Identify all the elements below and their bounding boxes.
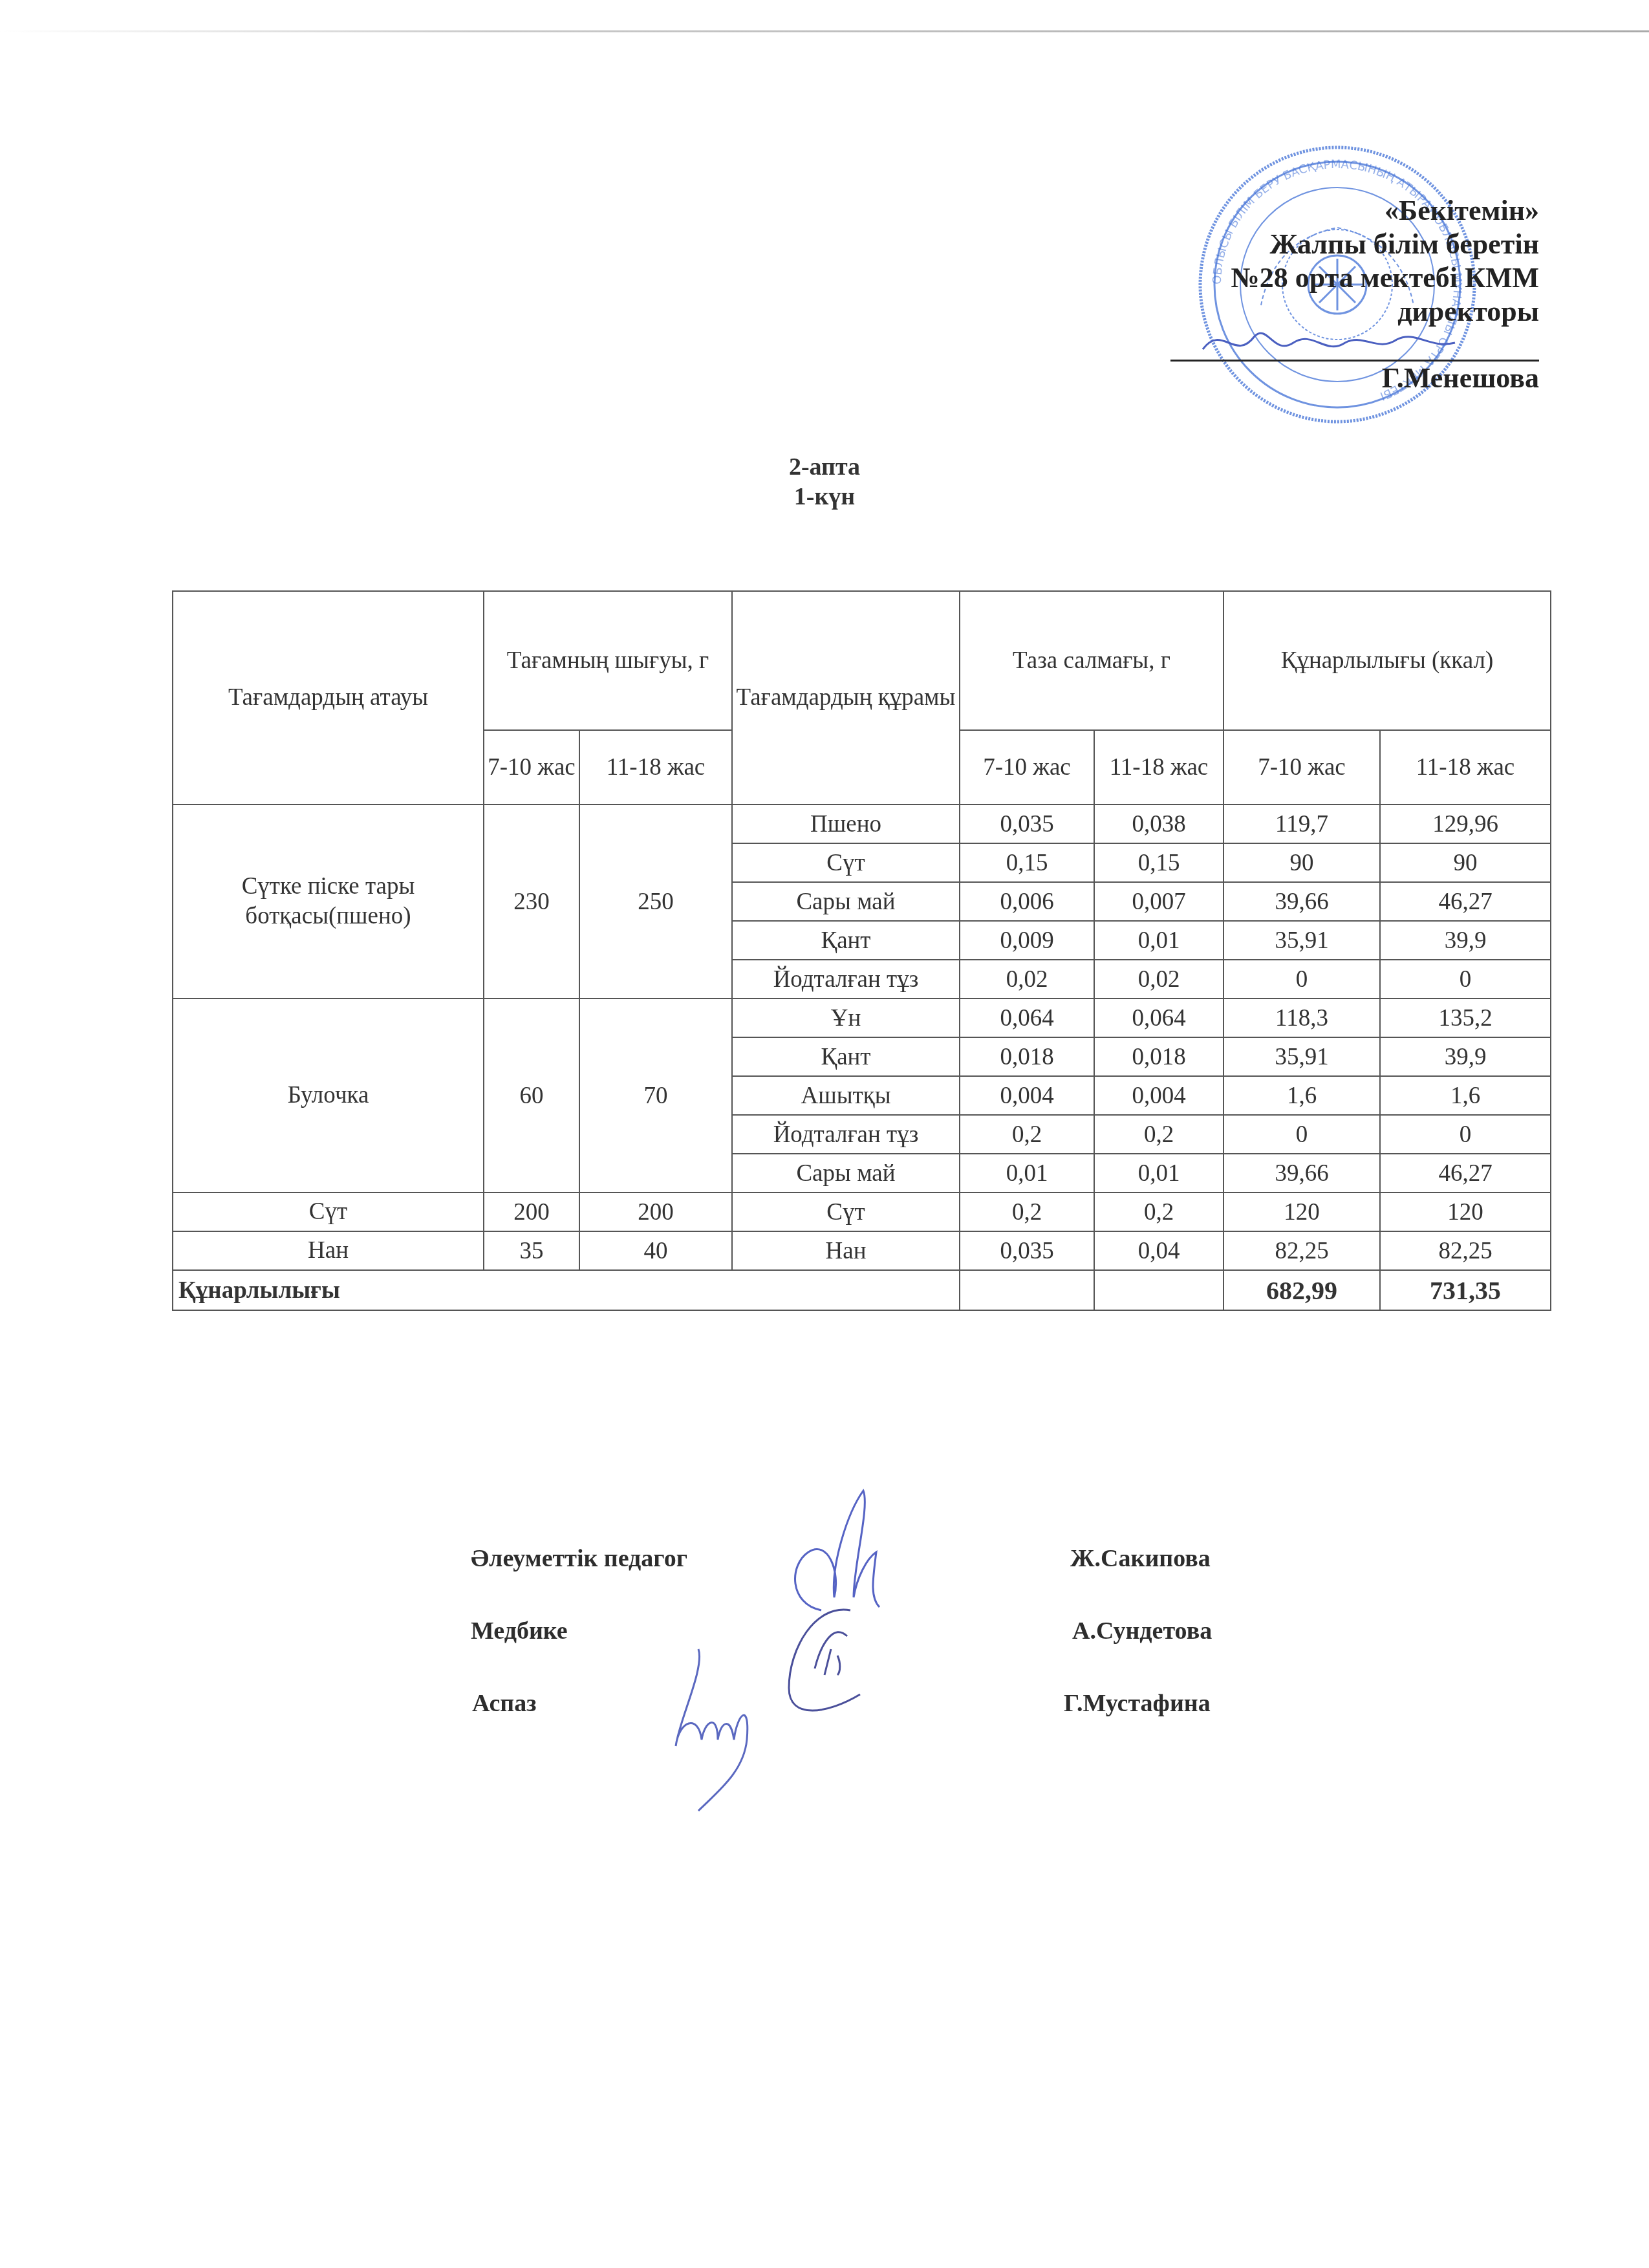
header-net-7-10: 7-10 жас	[960, 730, 1094, 805]
day-heading: 1-күн	[0, 482, 1649, 511]
total-kcal-11-18: 731,35	[1380, 1270, 1551, 1310]
director-signature-line	[1170, 329, 1539, 362]
header-kcal-7-10: 7-10 жас	[1223, 730, 1380, 805]
ingredient-name: Қант	[732, 921, 960, 960]
ingredient-kcal-11-18: 82,25	[1380, 1231, 1551, 1270]
header-net-weight: Таза салмағы, г	[960, 591, 1223, 730]
ingredient-net-7-10: 0,2	[960, 1193, 1094, 1231]
approval-org-line2: №28 орта мектебі КММ	[1170, 261, 1539, 295]
ingredient-kcal-7-10: 1,6	[1223, 1076, 1380, 1115]
ingredient-kcal-11-18: 1,6	[1380, 1076, 1551, 1115]
ingredient-name: Йодталған тұз	[732, 960, 960, 999]
dish-name: Нан	[173, 1231, 484, 1270]
dish-name: Сүтке піске тары ботқасы(пшено)	[173, 805, 484, 999]
ingredient-name: Ашытқы	[732, 1076, 960, 1115]
ingredient-net-11-18: 0,007	[1094, 882, 1223, 921]
ingredient-net-11-18: 0,018	[1094, 1037, 1223, 1076]
dish-yield-11-18: 250	[579, 805, 732, 999]
signature-name-cook: Г.Мустафина	[1064, 1689, 1211, 1718]
ingredient-name: Қант	[732, 1037, 960, 1076]
director-signature-icon	[1196, 323, 1481, 362]
ingredient-net-7-10: 0,02	[960, 960, 1094, 999]
header-net-11-18: 11-18 жас	[1094, 730, 1223, 805]
ingredient-net-7-10: 0,035	[960, 1231, 1094, 1270]
ingredient-net-7-10: 0,004	[960, 1076, 1094, 1115]
header-yield-11-18: 11-18 жас	[579, 730, 732, 805]
ingredient-net-11-18: 0,038	[1094, 805, 1223, 843]
ingredient-net-11-18: 0,004	[1094, 1076, 1223, 1115]
ingredient-kcal-11-18: 0	[1380, 1115, 1551, 1154]
signature-name-nurse: А.Сундетова	[1072, 1617, 1212, 1645]
ingredient-kcal-11-18: 90	[1380, 843, 1551, 882]
ingredient-net-11-18: 0,01	[1094, 1154, 1223, 1193]
total-kcal-7-10: 682,99	[1223, 1270, 1380, 1310]
ingredient-kcal-11-18: 46,27	[1380, 1154, 1551, 1193]
signature-scribble-cook-icon	[660, 1643, 763, 1817]
ingredient-kcal-7-10: 39,66	[1223, 1154, 1380, 1193]
ingredient-net-7-10: 0,035	[960, 805, 1094, 843]
ingredient-net-7-10: 0,2	[960, 1115, 1094, 1154]
ingredient-name: Йодталған тұз	[732, 1115, 960, 1154]
signature-role-nurse: Медбике	[471, 1617, 568, 1645]
ingredient-net-7-10: 0,006	[960, 882, 1094, 921]
director-name: Г.Менешова	[1170, 362, 1539, 395]
ingredient-kcal-11-18: 39,9	[1380, 921, 1551, 960]
ingredient-kcal-7-10: 39,66	[1223, 882, 1380, 921]
header-yield: Тағамның шығуы, г	[484, 591, 732, 730]
ingredient-net-11-18: 0,15	[1094, 843, 1223, 882]
scan-edge-line	[0, 30, 1649, 32]
ingredient-kcal-7-10: 0	[1223, 960, 1380, 999]
signature-role-cook: Аспаз	[472, 1689, 537, 1718]
dish-yield-7-10: 35	[484, 1231, 579, 1270]
total-row: Құнарлылығы682,99731,35	[173, 1270, 1551, 1310]
total-net-7-10	[960, 1270, 1094, 1310]
dish-yield-7-10: 60	[484, 999, 579, 1193]
dish-name: Булочка	[173, 999, 484, 1193]
ingredient-net-7-10: 0,01	[960, 1154, 1094, 1193]
approval-org-line1: Жалпы білім беретін	[1170, 228, 1539, 261]
signature-role-social-pedagogue: Әлеуметтік педагог	[471, 1544, 687, 1573]
ingredient-net-7-10: 0,15	[960, 843, 1094, 882]
ingredient-kcal-11-18: 129,96	[1380, 805, 1551, 843]
header-dish-name: Тағамдардың атауы	[173, 591, 484, 805]
table-row: Сүт200200Сүт0,20,2120120	[173, 1193, 1551, 1231]
ingredient-net-11-18: 0,04	[1094, 1231, 1223, 1270]
ingredient-kcal-11-18: 120	[1380, 1193, 1551, 1231]
approval-block: «Бекітемін» Жалпы білім беретін №28 орта…	[1170, 194, 1539, 395]
ingredient-kcal-7-10: 118,3	[1223, 999, 1380, 1037]
ingredient-kcal-7-10: 35,91	[1223, 1037, 1380, 1076]
ingredient-kcal-7-10: 0	[1223, 1115, 1380, 1154]
signature-name-social-pedagogue: Ж.Сакипова	[1070, 1544, 1211, 1573]
header-composition: Тағамдардың құрамы	[732, 591, 960, 805]
menu-table: Тағамдардың атауы Тағамның шығуы, г Таға…	[172, 590, 1551, 1311]
dish-yield-11-18: 200	[579, 1193, 732, 1231]
ingredient-kcal-7-10: 35,91	[1223, 921, 1380, 960]
ingredient-kcal-7-10: 120	[1223, 1193, 1380, 1231]
ingredient-net-11-18: 0,01	[1094, 921, 1223, 960]
ingredient-net-11-18: 0,064	[1094, 999, 1223, 1037]
week-heading: 2-апта	[0, 453, 1649, 481]
table-row: Булочка6070Ұн0,0640,064118,3135,2	[173, 999, 1551, 1037]
ingredient-net-11-18: 0,2	[1094, 1193, 1223, 1231]
ingredient-net-7-10: 0,018	[960, 1037, 1094, 1076]
table-row: Сүтке піске тары ботқасы(пшено)230250Пше…	[173, 805, 1551, 843]
header-yield-7-10: 7-10 жас	[484, 730, 579, 805]
total-label: Құнарлылығы	[173, 1270, 960, 1310]
ingredient-kcal-11-18: 46,27	[1380, 882, 1551, 921]
ingredient-name: Нан	[732, 1231, 960, 1270]
table-row: Нан3540Нан0,0350,0482,2582,25	[173, 1231, 1551, 1270]
ingredient-kcal-7-10: 90	[1223, 843, 1380, 882]
ingredient-kcal-7-10: 119,7	[1223, 805, 1380, 843]
ingredient-net-11-18: 0,02	[1094, 960, 1223, 999]
dish-yield-11-18: 70	[579, 999, 732, 1193]
dish-yield-7-10: 230	[484, 805, 579, 999]
ingredient-net-7-10: 0,064	[960, 999, 1094, 1037]
header-calories: Құнарлылығы (ккал)	[1223, 591, 1551, 730]
ingredient-net-7-10: 0,009	[960, 921, 1094, 960]
total-net-11-18	[1094, 1270, 1223, 1310]
ingredient-name: Сүт	[732, 1193, 960, 1231]
dish-name: Сүт	[173, 1193, 484, 1231]
ingredient-kcal-11-18: 0	[1380, 960, 1551, 999]
ingredient-kcal-11-18: 135,2	[1380, 999, 1551, 1037]
header-kcal-11-18: 11-18 жас	[1380, 730, 1551, 805]
ingredient-kcal-11-18: 39,9	[1380, 1037, 1551, 1076]
dish-yield-11-18: 40	[579, 1231, 732, 1270]
dish-yield-7-10: 200	[484, 1193, 579, 1231]
ingredient-name: Сары май	[732, 882, 960, 921]
ingredient-kcal-7-10: 82,25	[1223, 1231, 1380, 1270]
signature-scribble-nurse-icon	[776, 1597, 879, 1727]
approval-title: «Бекітемін»	[1170, 194, 1539, 228]
ingredient-name: Пшено	[732, 805, 960, 843]
ingredient-name: Сары май	[732, 1154, 960, 1193]
menu-table-body: Сүтке піске тары ботқасы(пшено)230250Пше…	[173, 805, 1551, 1310]
ingredient-net-11-18: 0,2	[1094, 1115, 1223, 1154]
ingredient-name: Ұн	[732, 999, 960, 1037]
ingredient-name: Сүт	[732, 843, 960, 882]
